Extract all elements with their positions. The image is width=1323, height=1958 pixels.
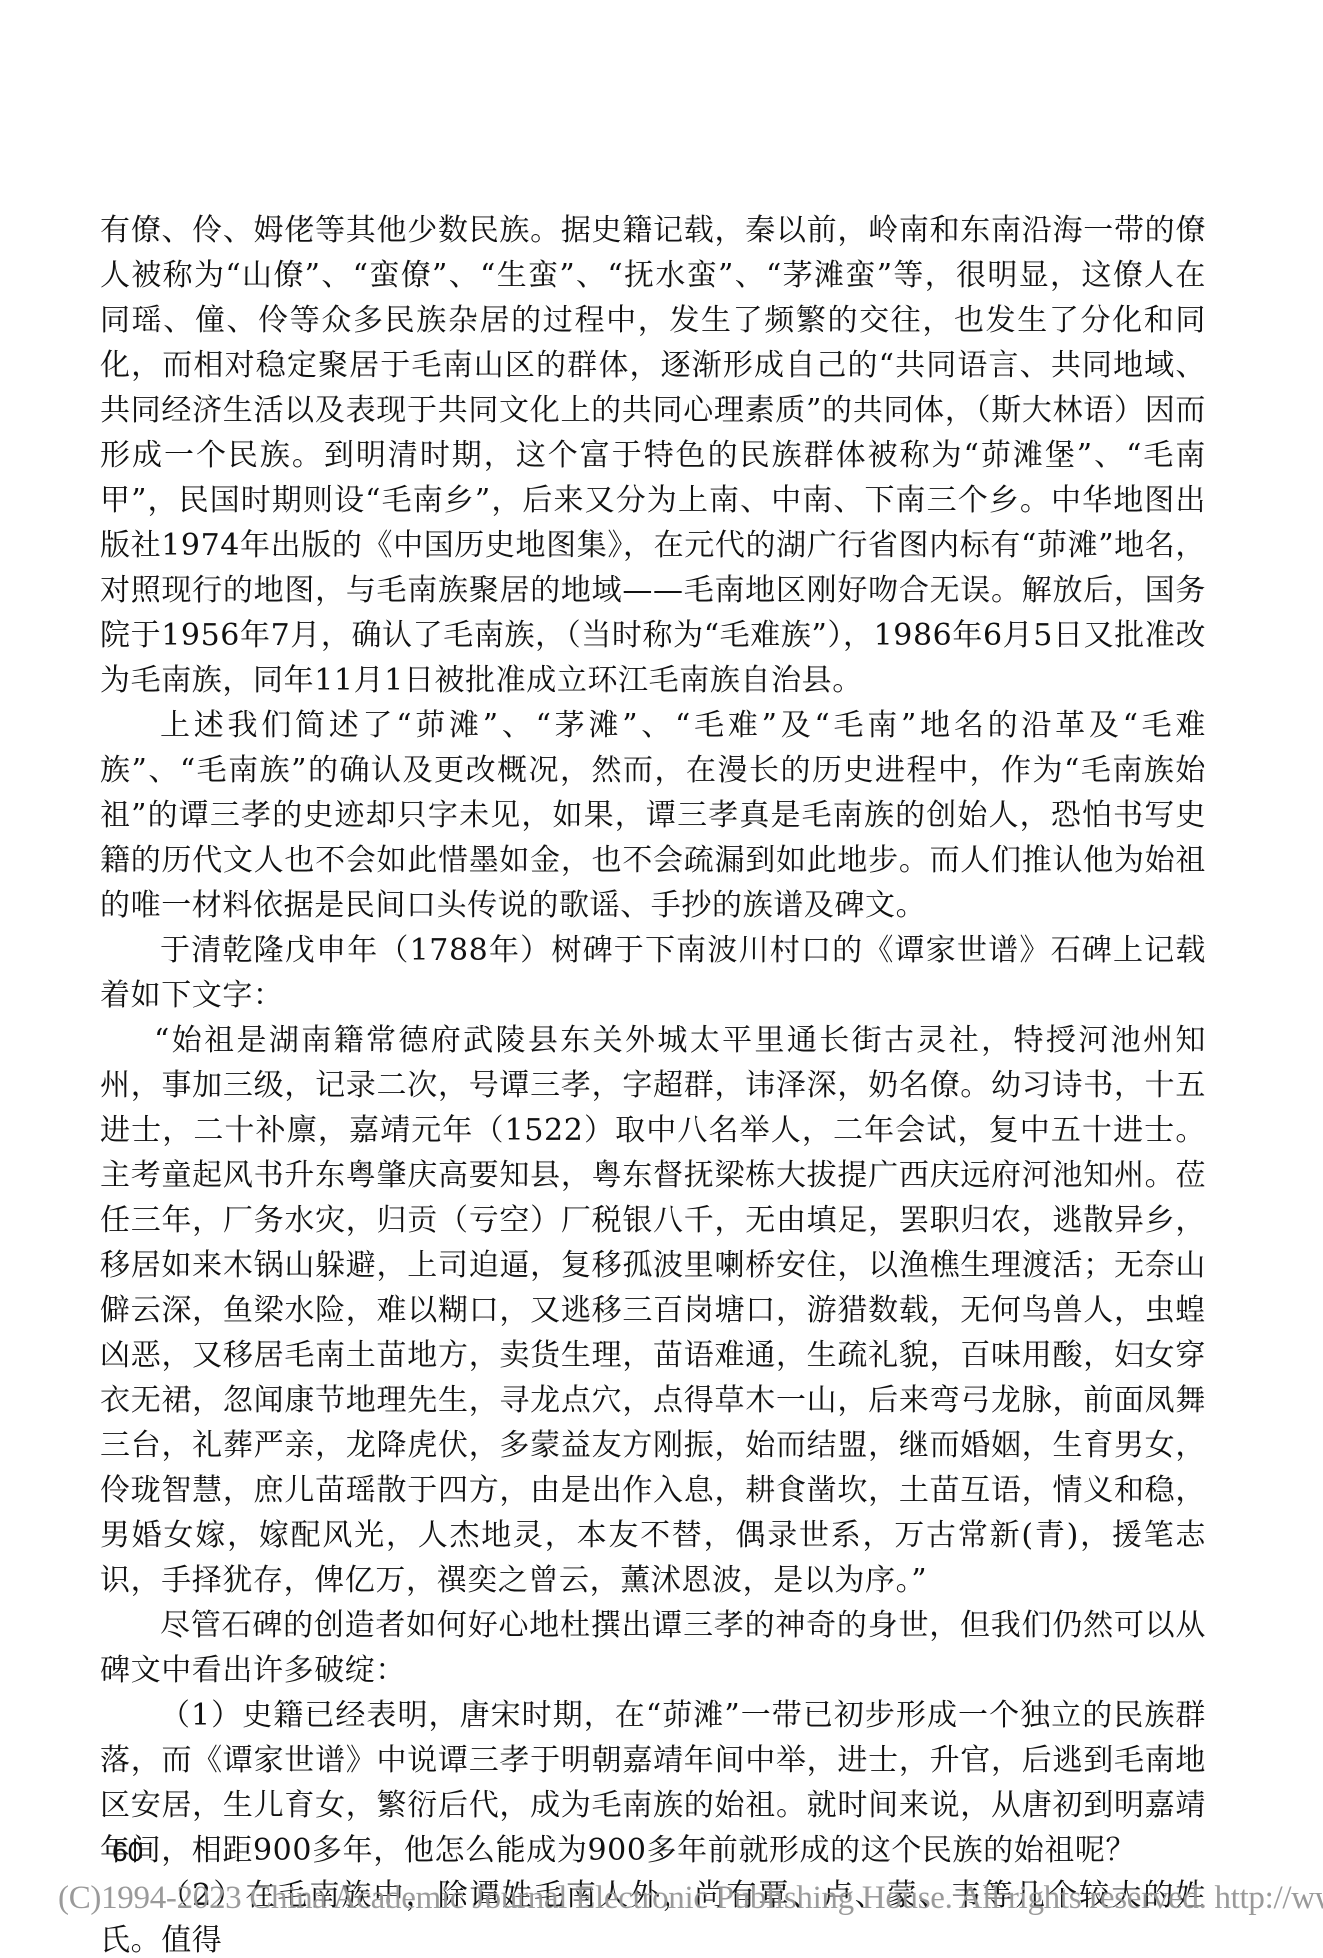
paragraph-flaws-intro: 尽管石碑的创造者如何好心地杜撰出谭三孝的神奇的身世，但我们仍然可以从碑文中看出许… <box>100 1603 1206 1693</box>
paragraph-continued: 有僚、伶、姆佬等其他少数民族。据史籍记载，秦以前，岭南和东南沿海一带的僚人被称为… <box>100 208 1206 703</box>
paragraph-point-1: （1）史籍已经表明，唐宋时期，在“茆滩”一带已初步形成一个独立的民族群落，而《谭… <box>100 1693 1206 1873</box>
paragraph-stele-quote: “始祖是湖南籍常德府武陵县东关外城太平里通长街古灵社，特授河池州知州，事加三级，… <box>100 1018 1206 1603</box>
article-body: 有僚、伶、姆佬等其他少数民族。据史籍记载，秦以前，岭南和东南沿海一带的僚人被称为… <box>100 208 1206 1958</box>
paragraph-summary: 上述我们简述了“茆滩”、“茅滩”、“毛难”及“毛南”地名的沿革及“毛难族”、“毛… <box>100 703 1206 928</box>
page-number: 60 <box>112 1836 143 1868</box>
paragraph-stele-intro: 于清乾隆戊申年（1788年）树碑于下南波川村口的《谭家世谱》石碑上记载着如下文字… <box>100 928 1206 1018</box>
footer-copyright: (C)1994-2023 China Academic Journal Elec… <box>58 1880 1323 1917</box>
